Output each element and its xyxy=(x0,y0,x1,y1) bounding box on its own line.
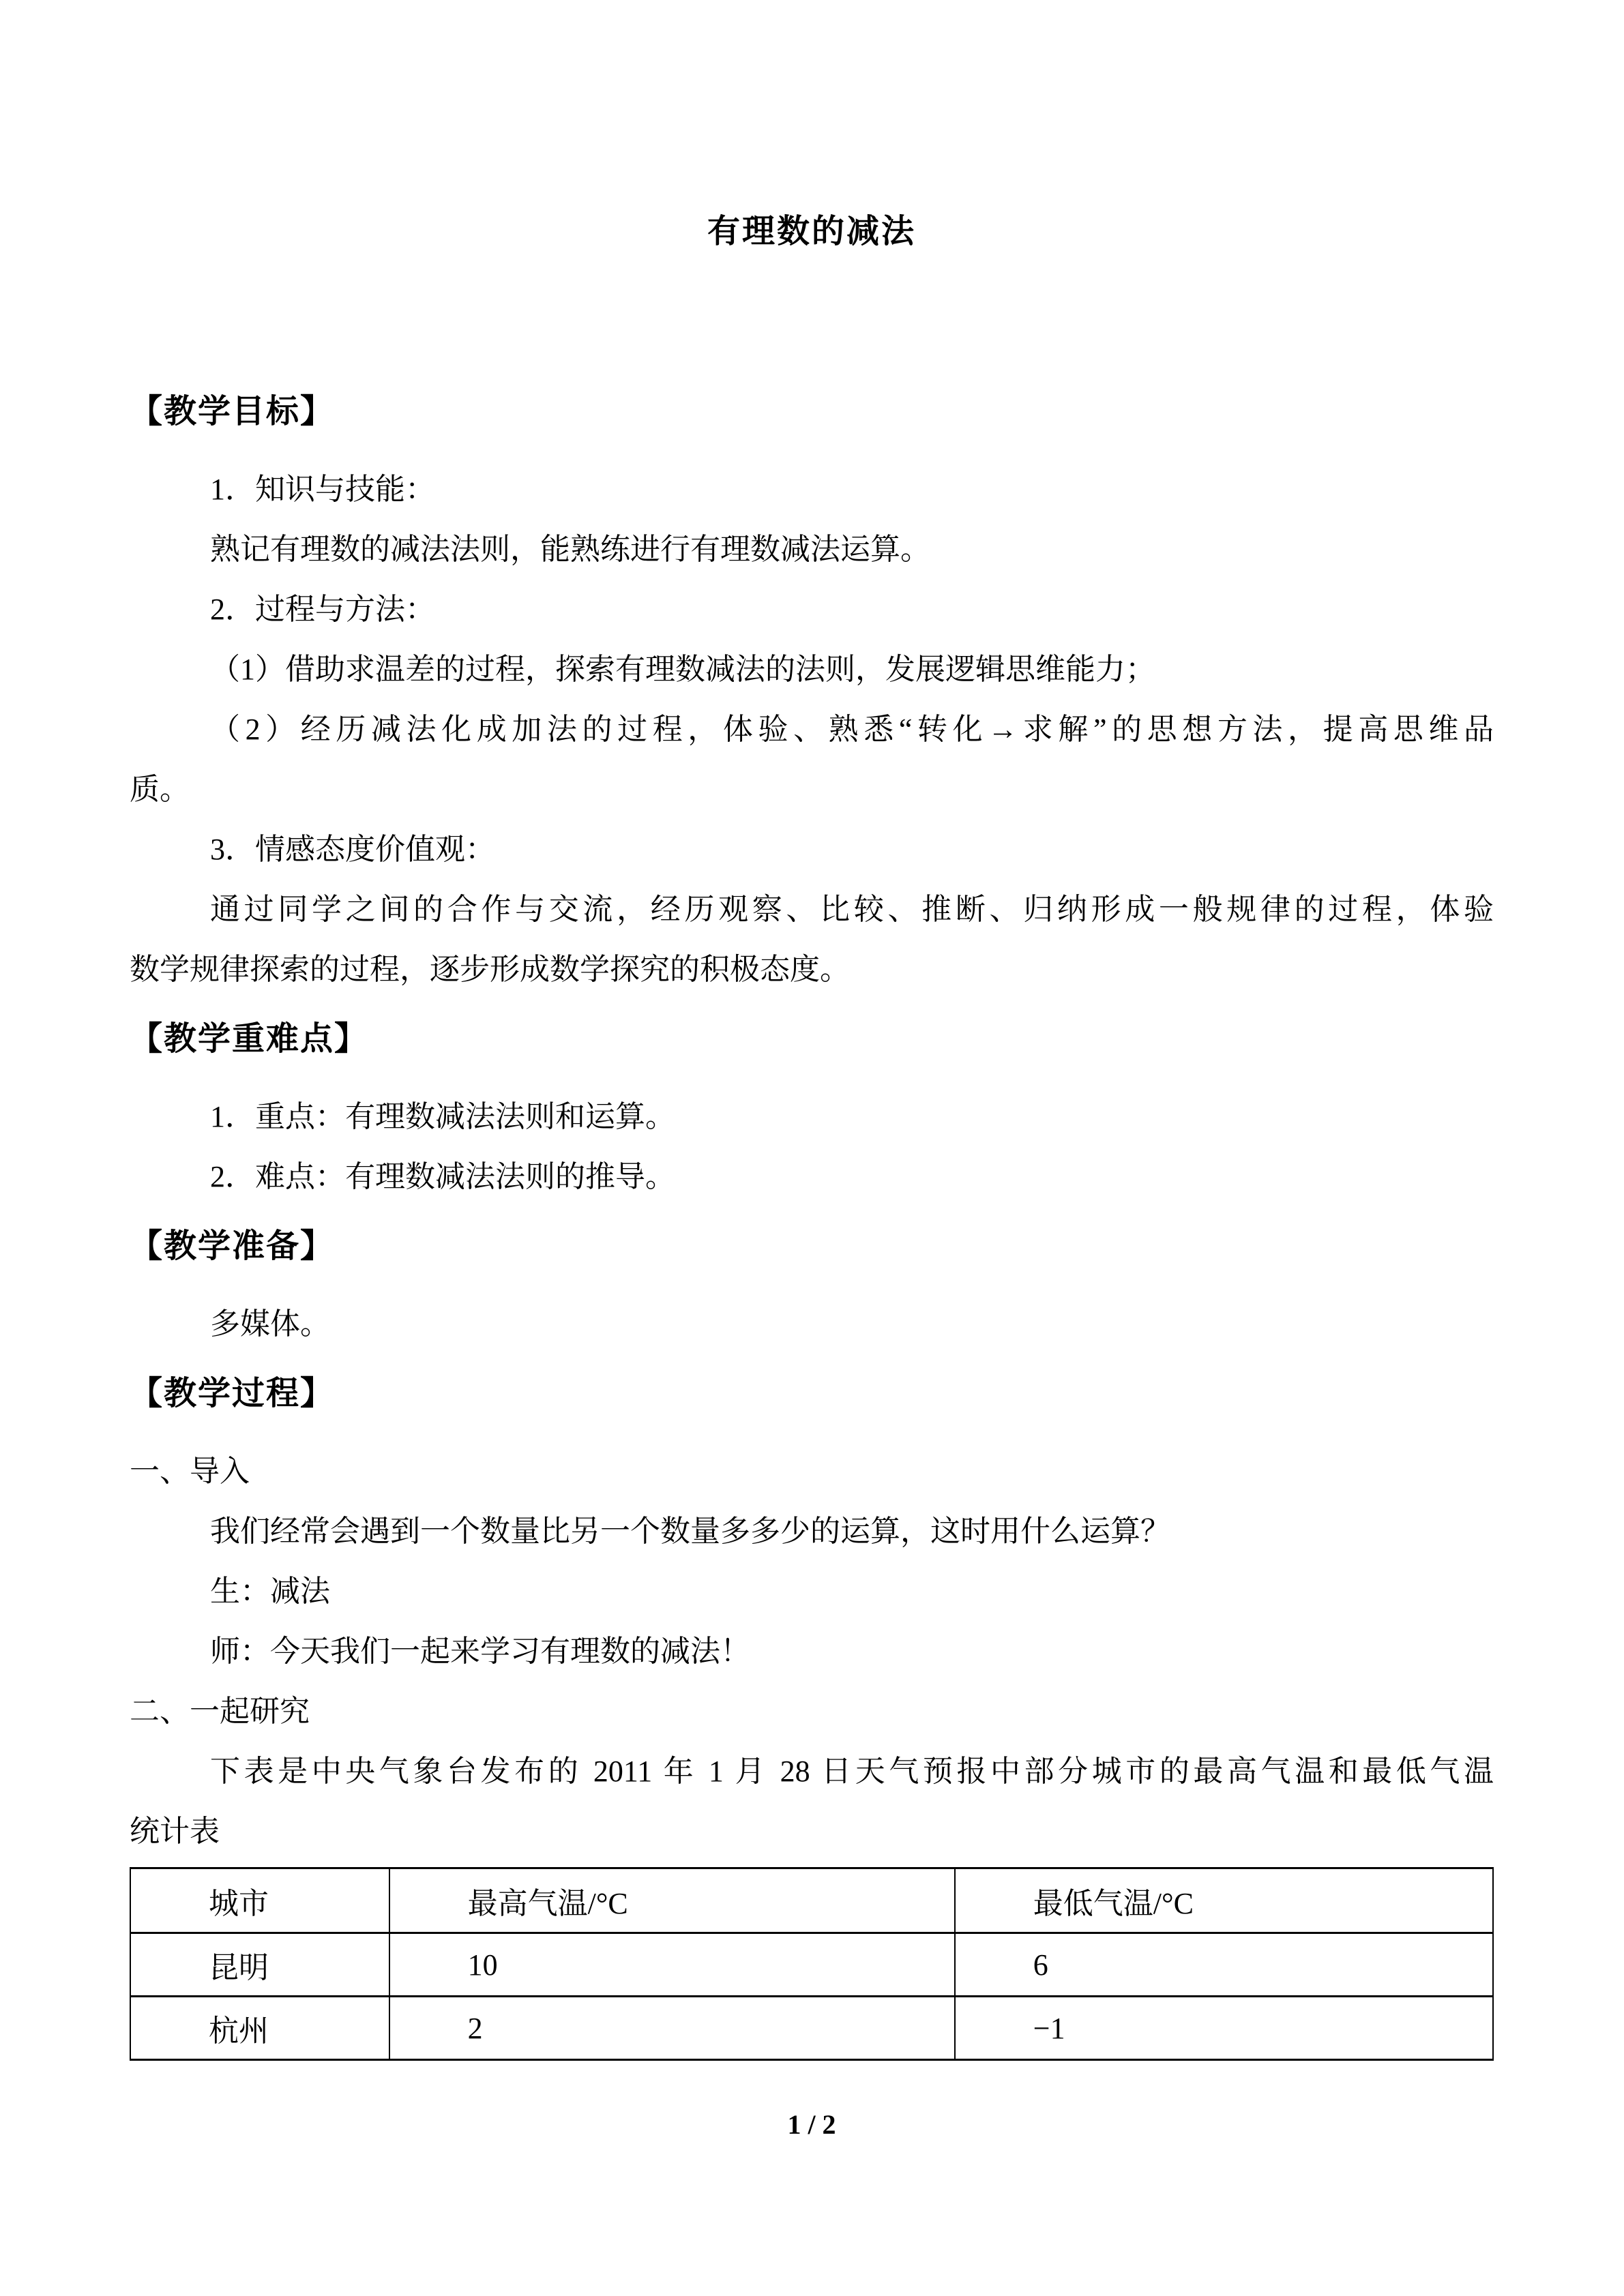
document-title: 有理数的减法 xyxy=(130,213,1494,251)
text-line: 下表是中央气象台发布的 2011 年 1 月 28 日天气预报中部分城市的最高气… xyxy=(130,1742,1494,1802)
text-line: 2．难点：有理数减法法则的推导。 xyxy=(130,1147,1494,1207)
section-heading-key-points: 【教学重难点】 xyxy=(130,1019,1494,1060)
table-header-cell-city: 城市 xyxy=(130,1868,389,1933)
table-cell-city: 杭州 xyxy=(130,1997,389,2060)
page-number: 1 / 2 xyxy=(130,2108,1494,2141)
text-line: 生：减法 xyxy=(130,1562,1494,1622)
document-page: 有理数的减法 【教学目标】 1．知识与技能： 熟记有理数的减法法则，能熟练进行有… xyxy=(0,0,1624,2296)
text-line: 一、导入 xyxy=(130,1442,1494,1502)
table-header-cell-high-temp: 最高气温/°C xyxy=(389,1868,955,1933)
section-heading-process: 【教学过程】 xyxy=(130,1373,1494,1414)
table-cell-city: 昆明 xyxy=(130,1933,389,1997)
text-line: 师：今天我们一起来学习有理数的减法！ xyxy=(130,1622,1494,1682)
text-line: 我们经常会遇到一个数量比另一个数量多多少的运算，这时用什么运算？ xyxy=(130,1502,1494,1562)
text-line: 数学规律探索的过程，逐步形成数学探究的积极态度。 xyxy=(130,940,1494,1000)
table-cell-low-temp: −1 xyxy=(955,1997,1493,2060)
text-line: 通过同学之间的合作与交流，经历观察、比较、推断、归纳形成一般规律的过程，体验 xyxy=(130,880,1494,940)
table-row: 昆明 10 6 xyxy=(130,1933,1493,1997)
text-line: 多媒体。 xyxy=(130,1294,1494,1354)
text-line: 熟记有理数的减法法则，能熟练进行有理数减法运算。 xyxy=(130,520,1494,580)
text-line: 二、一起研究 xyxy=(130,1682,1494,1742)
table-row: 杭州 2 −1 xyxy=(130,1997,1493,2060)
text-line: 质。 xyxy=(130,760,1494,820)
table-cell-high-temp: 10 xyxy=(389,1933,955,1997)
text-line: 统计表 xyxy=(130,1802,1494,1862)
text-line: （1）借助求温差的过程，探索有理数减法的法则，发展逻辑思维能力； xyxy=(130,640,1494,700)
text-line: 1．重点：有理数减法法则和运算。 xyxy=(130,1087,1494,1147)
text-line: 1．知识与技能： xyxy=(130,460,1494,520)
section-heading-preparation: 【教学准备】 xyxy=(130,1226,1494,1267)
text-line: 2．过程与方法： xyxy=(130,580,1494,640)
section-heading-objectives: 【教学目标】 xyxy=(130,391,1494,432)
table-cell-high-temp: 2 xyxy=(389,1997,955,2060)
table-header-row: 城市 最高气温/°C 最低气温/°C xyxy=(130,1868,1493,1933)
temperature-table: 城市 最高气温/°C 最低气温/°C 昆明 10 6 杭州 2 −1 xyxy=(130,1867,1494,2061)
table-header-cell-low-temp: 最低气温/°C xyxy=(955,1868,1493,1933)
text-line: 3．情感态度价值观： xyxy=(130,820,1494,880)
table-cell-low-temp: 6 xyxy=(955,1933,1493,1997)
text-line: （2）经历减法化成加法的过程，体验、熟悉“转化→求解”的思想方法，提高思维品 xyxy=(130,700,1494,760)
